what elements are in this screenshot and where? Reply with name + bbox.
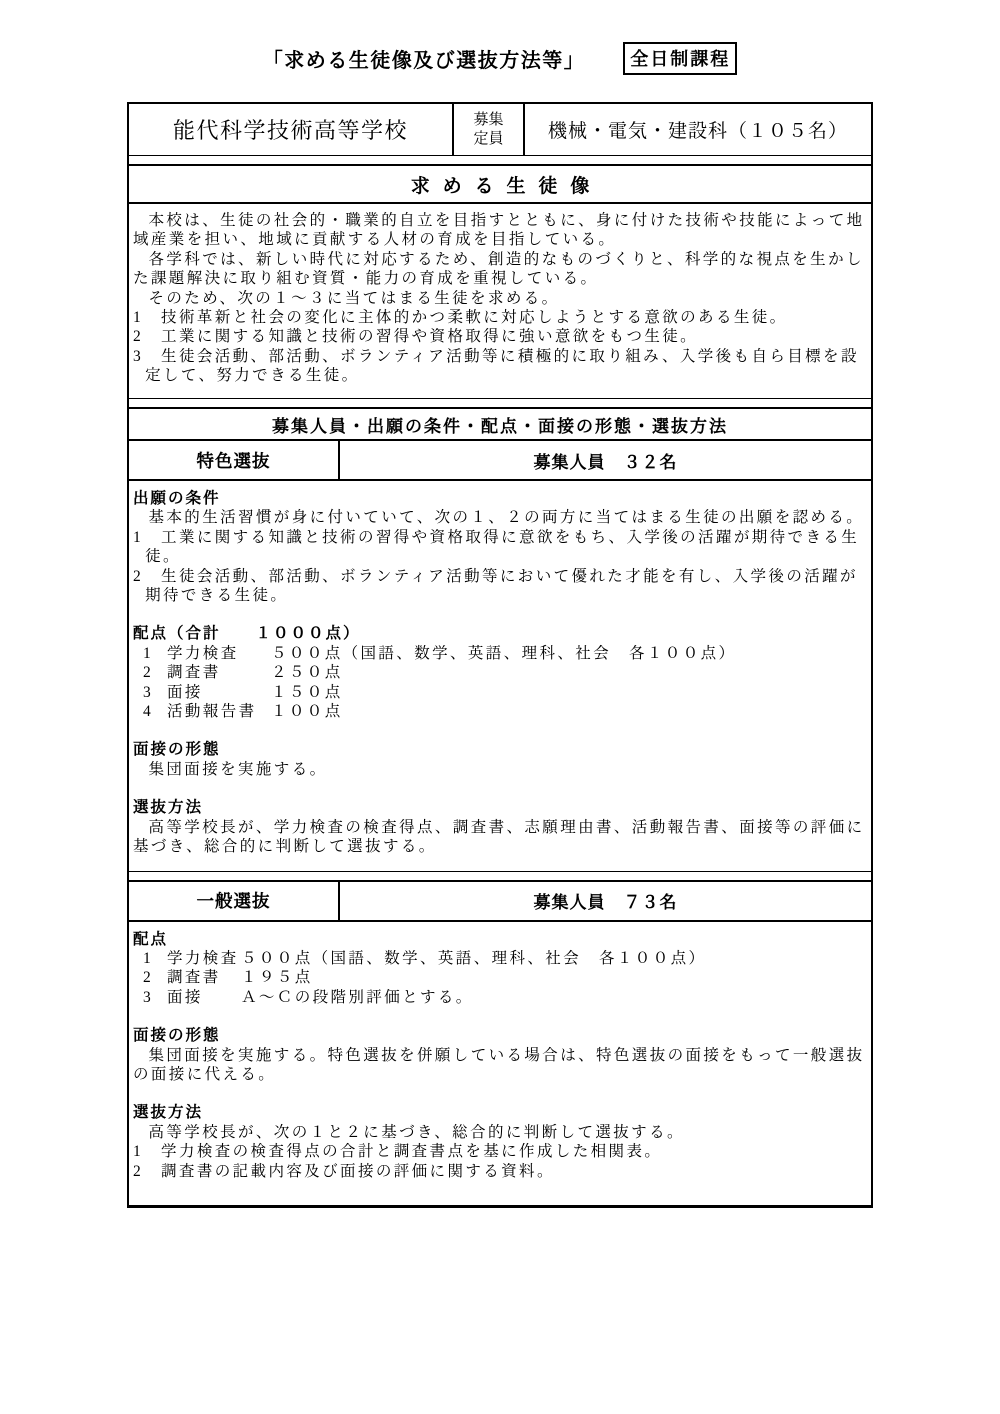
selection-method-heading: 選抜方法 [133,1103,867,1122]
interview-format-text: 集団面接を実施する。 [133,760,867,779]
seeking-item: 1 技術革新と社会の変化に主体的かつ柔軟に対応しようとする意欲のある生徒。 [133,308,867,327]
score-value: ５００点（国語、数学、英語、理科、社会 各１００点） [241,949,867,968]
score-row: 3 面接 Ａ～Ｃの段階別評価とする。 [133,988,867,1007]
seeking-students-header: 求める生徒像 [129,164,871,204]
score-label: 調査書 [167,968,241,987]
seeking-students-body: 本校は、生徒の社会的・職業的自立を目指すとともに、身に付けた技術や技能によって地… [129,204,871,399]
page-header: 「求める生徒像及び選抜方法等」 全日制課程 [0,0,1000,75]
ippan-method-section: 選抜方法 高等学校長が、次の１と２に基づき、総合的に判断して選抜する。 1 学力… [133,1103,867,1181]
tokushoku-interview-section: 面接の形態 集団面接を実施する。 [133,740,867,779]
ippan-capacity: 募集人員 ７３名 [340,882,871,920]
application-conditions-heading: 出願の条件 [133,489,867,508]
tokushoku-capacity: 募集人員 ３２名 [340,441,871,479]
seeking-item: 3 生徒会活動、部活動、ボランティア活動等に積極的に取り組み、入学後も自ら目標を… [133,347,867,386]
document-page: 「求める生徒像及び選抜方法等」 全日制課程 能代科学技術高等学校 募集 定員 機… [0,0,1000,1414]
score-label: 調査書 [167,663,271,682]
course-type-badge: 全日制課程 [623,42,737,75]
ippan-content: 配点 1 学力検査 ５００点（国語、数学、英語、理科、社会 各１００点） 2 調… [129,922,871,1205]
tokushoku-scoring-heading: 配点（合計 １０００点） [133,624,867,643]
seeking-paragraph: 本校は、生徒の社会的・職業的自立を目指すとともに、身に付けた技術や技能によって地… [133,211,867,250]
selection-method-item: 1 学力検査の検査得点の合計と調査書点を基に作成した相関表。 [133,1142,867,1161]
school-name: 能代科学技術高等学校 [129,104,454,155]
selection-method-text: 高等学校長が、学力検査の検査得点、調査書、志願理由書、活動報告書、面接等の評価に… [133,818,867,857]
rule-gap [129,399,871,407]
score-num: 2 [133,968,167,987]
interview-format-heading: 面接の形態 [133,740,867,759]
score-label: 面接 [167,988,241,1007]
ippan-interview-section: 面接の形態 集団面接を実施する。特色選抜を併願している場合は、特色選抜の面接をも… [133,1026,867,1084]
score-num: 3 [133,683,167,702]
selection-method-intro: 高等学校長が、次の１と２に基づき、総合的に判断して選抜する。 [133,1123,867,1142]
tokushoku-method-section: 選抜方法 高等学校長が、学力検査の検査得点、調査書、志願理由書、活動報告書、面接… [133,798,867,856]
application-conditions-section: 出願の条件 基本的生活習慣が身に付いていて、次の１、２の両方に当てはまる生徒の出… [133,489,867,605]
tokushoku-content: 出願の条件 基本的生活習慣が身に付いていて、次の１、２の両方に当てはまる生徒の出… [129,481,871,872]
selection-methods-header: 募集人員・出願の条件・配点・面接の形態・選抜方法 [129,407,871,441]
score-row: 4 活動報告書 １００点 [133,702,867,721]
ippan-name: 一般選抜 [129,882,340,920]
score-label: 面接 [167,683,271,702]
score-num: 1 [133,644,167,663]
score-num: 1 [133,949,167,968]
score-row: 1 学力検査 ５００点（国語、数学、英語、理科、社会 各１００点） [133,949,867,968]
application-condition-item: 2 生徒会活動、部活動、ボランティア活動等において優れた才能を有し、入学後の活躍… [133,567,867,606]
score-label: 活動報告書 [167,702,271,721]
ippan-row: 一般選抜 募集人員 ７３名 [129,880,871,922]
score-value: ２５０点 [271,663,867,682]
interview-format-text: 集団面接を実施する。特色選抜を併願している場合は、特色選抜の面接をもって一般選抜… [133,1046,867,1085]
tokushoku-scoring-section: 配点（合計 １０００点） 1 学力検査 ５００点（国語、数学、英語、理科、社会 … [133,624,867,721]
score-label: 学力検査 [167,949,241,968]
capacity-label-line2: 定員 [473,130,503,149]
document-title: 「求める生徒像及び選抜方法等」 [263,44,586,73]
rule-gap [129,872,871,880]
score-num: 4 [133,702,167,721]
tokushoku-name: 特色選抜 [129,441,340,479]
application-conditions-intro: 基本的生活習慣が身に付いていて、次の１、２の両方に当てはまる生徒の出願を認める。 [133,508,867,527]
department-capacity: 機械・電気・建設科（１０５名） [525,104,871,155]
score-value: ５００点（国語、数学、英語、理科、社会 各１００点） [271,644,867,663]
capacity-label: 募集 定員 [454,104,525,155]
seeking-paragraph: そのため、次の１～３に当てはまる生徒を求める。 [133,289,867,308]
score-row: 3 面接 １５０点 [133,683,867,702]
score-num: 3 [133,988,167,1007]
selection-document-table: 能代科学技術高等学校 募集 定員 機械・電気・建設科（１０５名） 求める生徒像 … [127,102,873,1208]
score-value: Ａ～Ｃの段階別評価とする。 [241,988,867,1007]
seeking-item: 2 工業に関する知識と技術の習得や資格取得に強い意欲をもつ生徒。 [133,327,867,346]
interview-format-heading: 面接の形態 [133,1026,867,1045]
score-value: １９５点 [241,968,867,987]
score-value: １５０点 [271,683,867,702]
score-row: 2 調査書 ２５０点 [133,663,867,682]
score-label: 学力検査 [167,644,271,663]
seeking-paragraph: 各学科では、新しい時代に対応するため、創造的なものづくりと、科学的な視点を生かし… [133,250,867,289]
selection-method-heading: 選抜方法 [133,798,867,817]
rule-gap [129,156,871,164]
selection-method-item: 2 調査書の記載内容及び面接の評価に関する資料。 [133,1162,867,1181]
tokushoku-row: 特色選抜 募集人員 ３２名 [129,441,871,481]
application-condition-item: 1 工業に関する知識と技術の習得や資格取得に意欲をもち、入学後の活躍が期待できる… [133,528,867,567]
score-row: 1 学力検査 ５００点（国語、数学、英語、理科、社会 各１００点） [133,644,867,663]
ippan-scoring-heading: 配点 [133,930,867,949]
ippan-scoring-section: 配点 1 学力検査 ５００点（国語、数学、英語、理科、社会 各１００点） 2 調… [133,930,867,1008]
score-row: 2 調査書 １９５点 [133,968,867,987]
school-header-row: 能代科学技術高等学校 募集 定員 機械・電気・建設科（１０５名） [129,104,871,156]
score-num: 2 [133,663,167,682]
score-value: １００点 [271,702,867,721]
capacity-label-line1: 募集 [473,111,503,130]
